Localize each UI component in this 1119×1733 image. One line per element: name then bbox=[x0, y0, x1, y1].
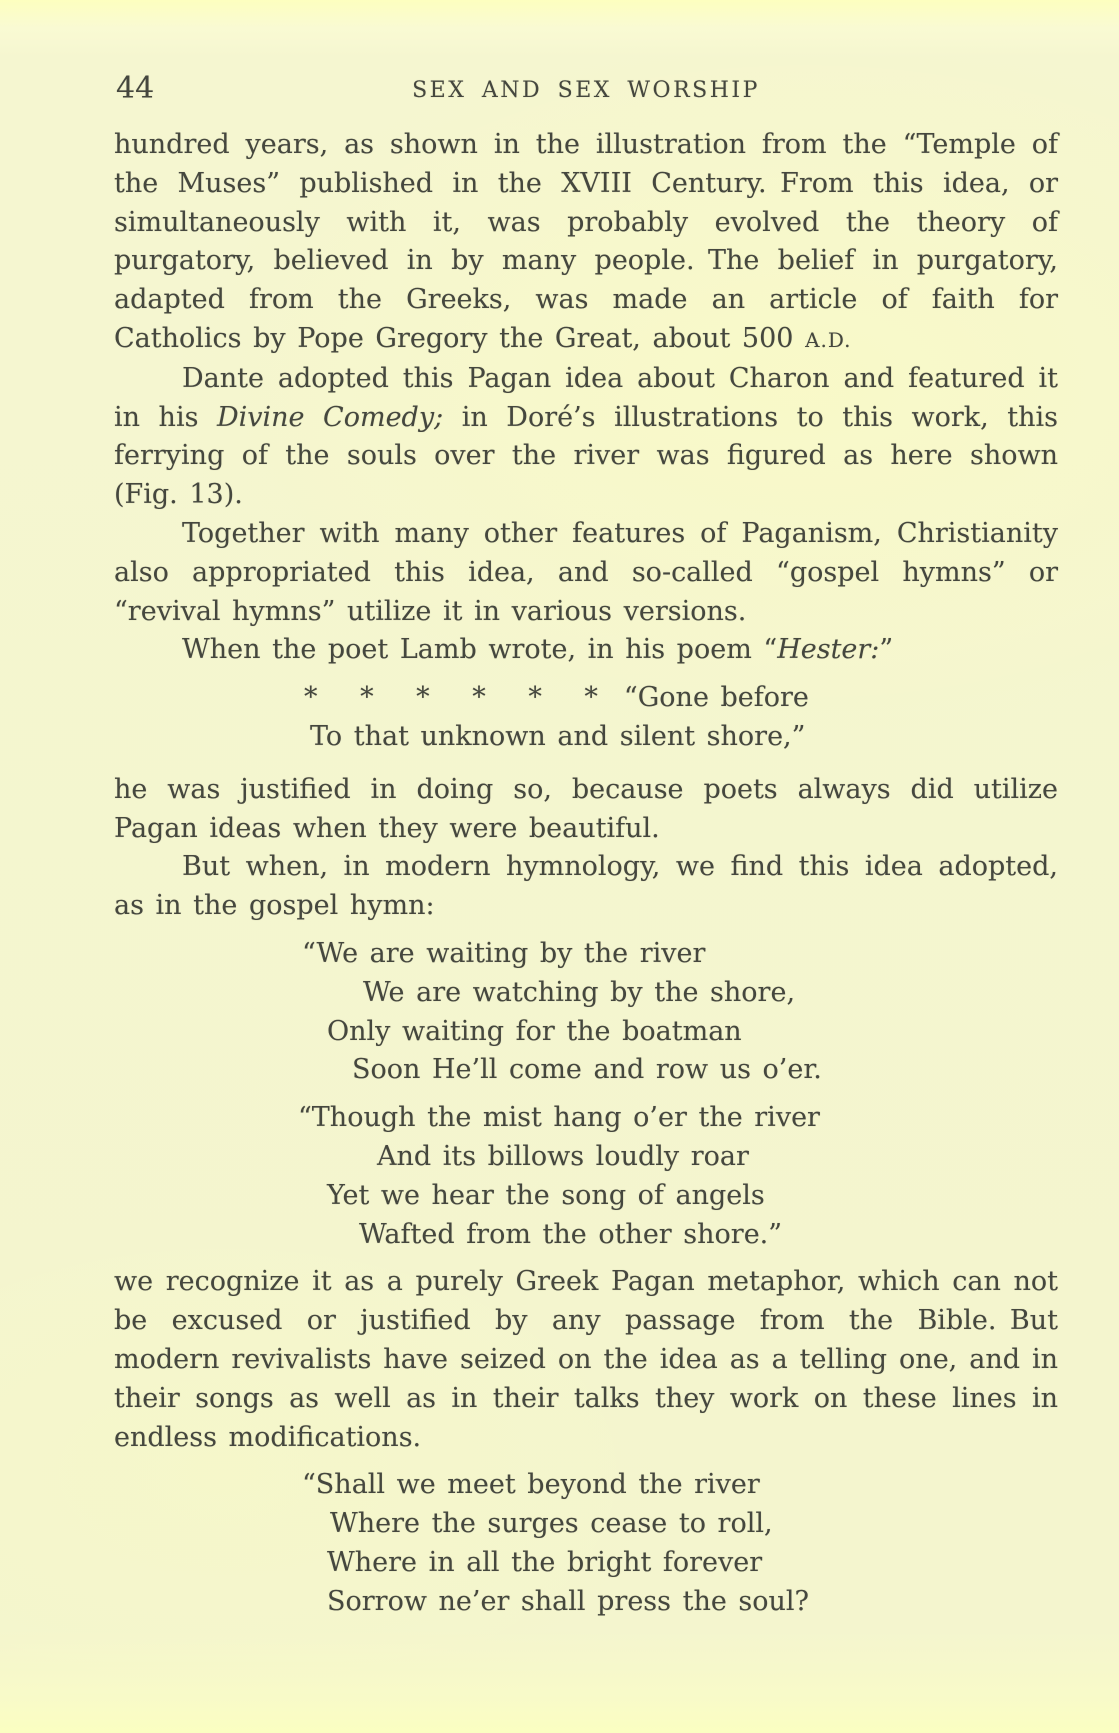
verse-line: Where in all the bright forever bbox=[327, 1544, 1058, 1583]
verse-gone-before: * * * * * *“Gone before To that unknown … bbox=[304, 679, 1058, 757]
book-page: 44 SEX AND SEX WORSHIP hundred years, as… bbox=[0, 0, 1119, 1733]
paragraph-1: hundred years, as shown in the illustrat… bbox=[114, 126, 1058, 360]
verse-waiting-by-the-river: “We are waiting by the river We are watc… bbox=[302, 935, 1058, 1090]
verse-line: Only waiting for the boatman bbox=[327, 1013, 1058, 1052]
verse-line: We are watching by the shore, bbox=[363, 974, 1058, 1013]
verse-line: * * * * * *“Gone before bbox=[304, 679, 1058, 718]
poem-title-hester: Hester: bbox=[777, 634, 879, 665]
verse-line: Sorrow ne’er shall press the soul? bbox=[327, 1583, 1058, 1622]
page-header: 44 SEX AND SEX WORSHIP bbox=[114, 74, 1058, 108]
paragraph-2: Dante adopted this Pagan idea about Char… bbox=[114, 360, 1058, 515]
verse-line-text: “Gone before bbox=[624, 682, 809, 713]
body-text: hundred years, as shown in the illustrat… bbox=[114, 126, 1058, 1630]
book-title-divine-comedy: Divine Comedy; bbox=[217, 402, 443, 433]
paragraph-7: we recognize it as a purely Greek Pagan … bbox=[114, 1263, 1058, 1457]
verse-beyond-the-river: “Shall we meet beyond the river Where th… bbox=[302, 1466, 1058, 1621]
verse-mist-hang: “Though the mist hang o’er the river And… bbox=[298, 1099, 1058, 1254]
verse-line: Wafted from the other shore.” bbox=[359, 1216, 1058, 1255]
verse-line: “Shall we meet beyond the river bbox=[302, 1466, 1058, 1505]
verse-line: “Though the mist hang o’er the river bbox=[298, 1099, 1058, 1138]
asterisk-separator: * * * * * * bbox=[304, 682, 598, 713]
verse-line: And its billows loudly roar bbox=[377, 1138, 1058, 1177]
verse-line: Soon He’ll come and row us o’er. bbox=[352, 1051, 1058, 1090]
verse-line: Yet we hear the song of angels bbox=[327, 1177, 1058, 1216]
paragraph-4-text: When the poet Lamb wrote, in his poem “ bbox=[182, 634, 777, 665]
paragraph-4: When the poet Lamb wrote, in his poem “H… bbox=[114, 631, 1058, 670]
paragraph-4-closing-quote: ” bbox=[879, 634, 893, 665]
paragraph-1-text: hundred years, as shown in the illustrat… bbox=[114, 129, 1058, 354]
era-abbreviation: A.D. bbox=[805, 328, 851, 352]
paragraph-5: he was justified in doing so, because po… bbox=[114, 771, 1058, 849]
paragraph-3: Together with many other features of Pag… bbox=[114, 515, 1058, 631]
verse-line: To that unknown and silent shore,” bbox=[310, 718, 1058, 757]
running-title: SEX AND SEX WORSHIP bbox=[114, 79, 1058, 103]
verse-line: Where the surges cease to roll, bbox=[330, 1505, 1058, 1544]
verse-line: “We are waiting by the river bbox=[302, 935, 1058, 974]
paragraph-6: But when, in modern hymnology, we find t… bbox=[114, 848, 1058, 926]
